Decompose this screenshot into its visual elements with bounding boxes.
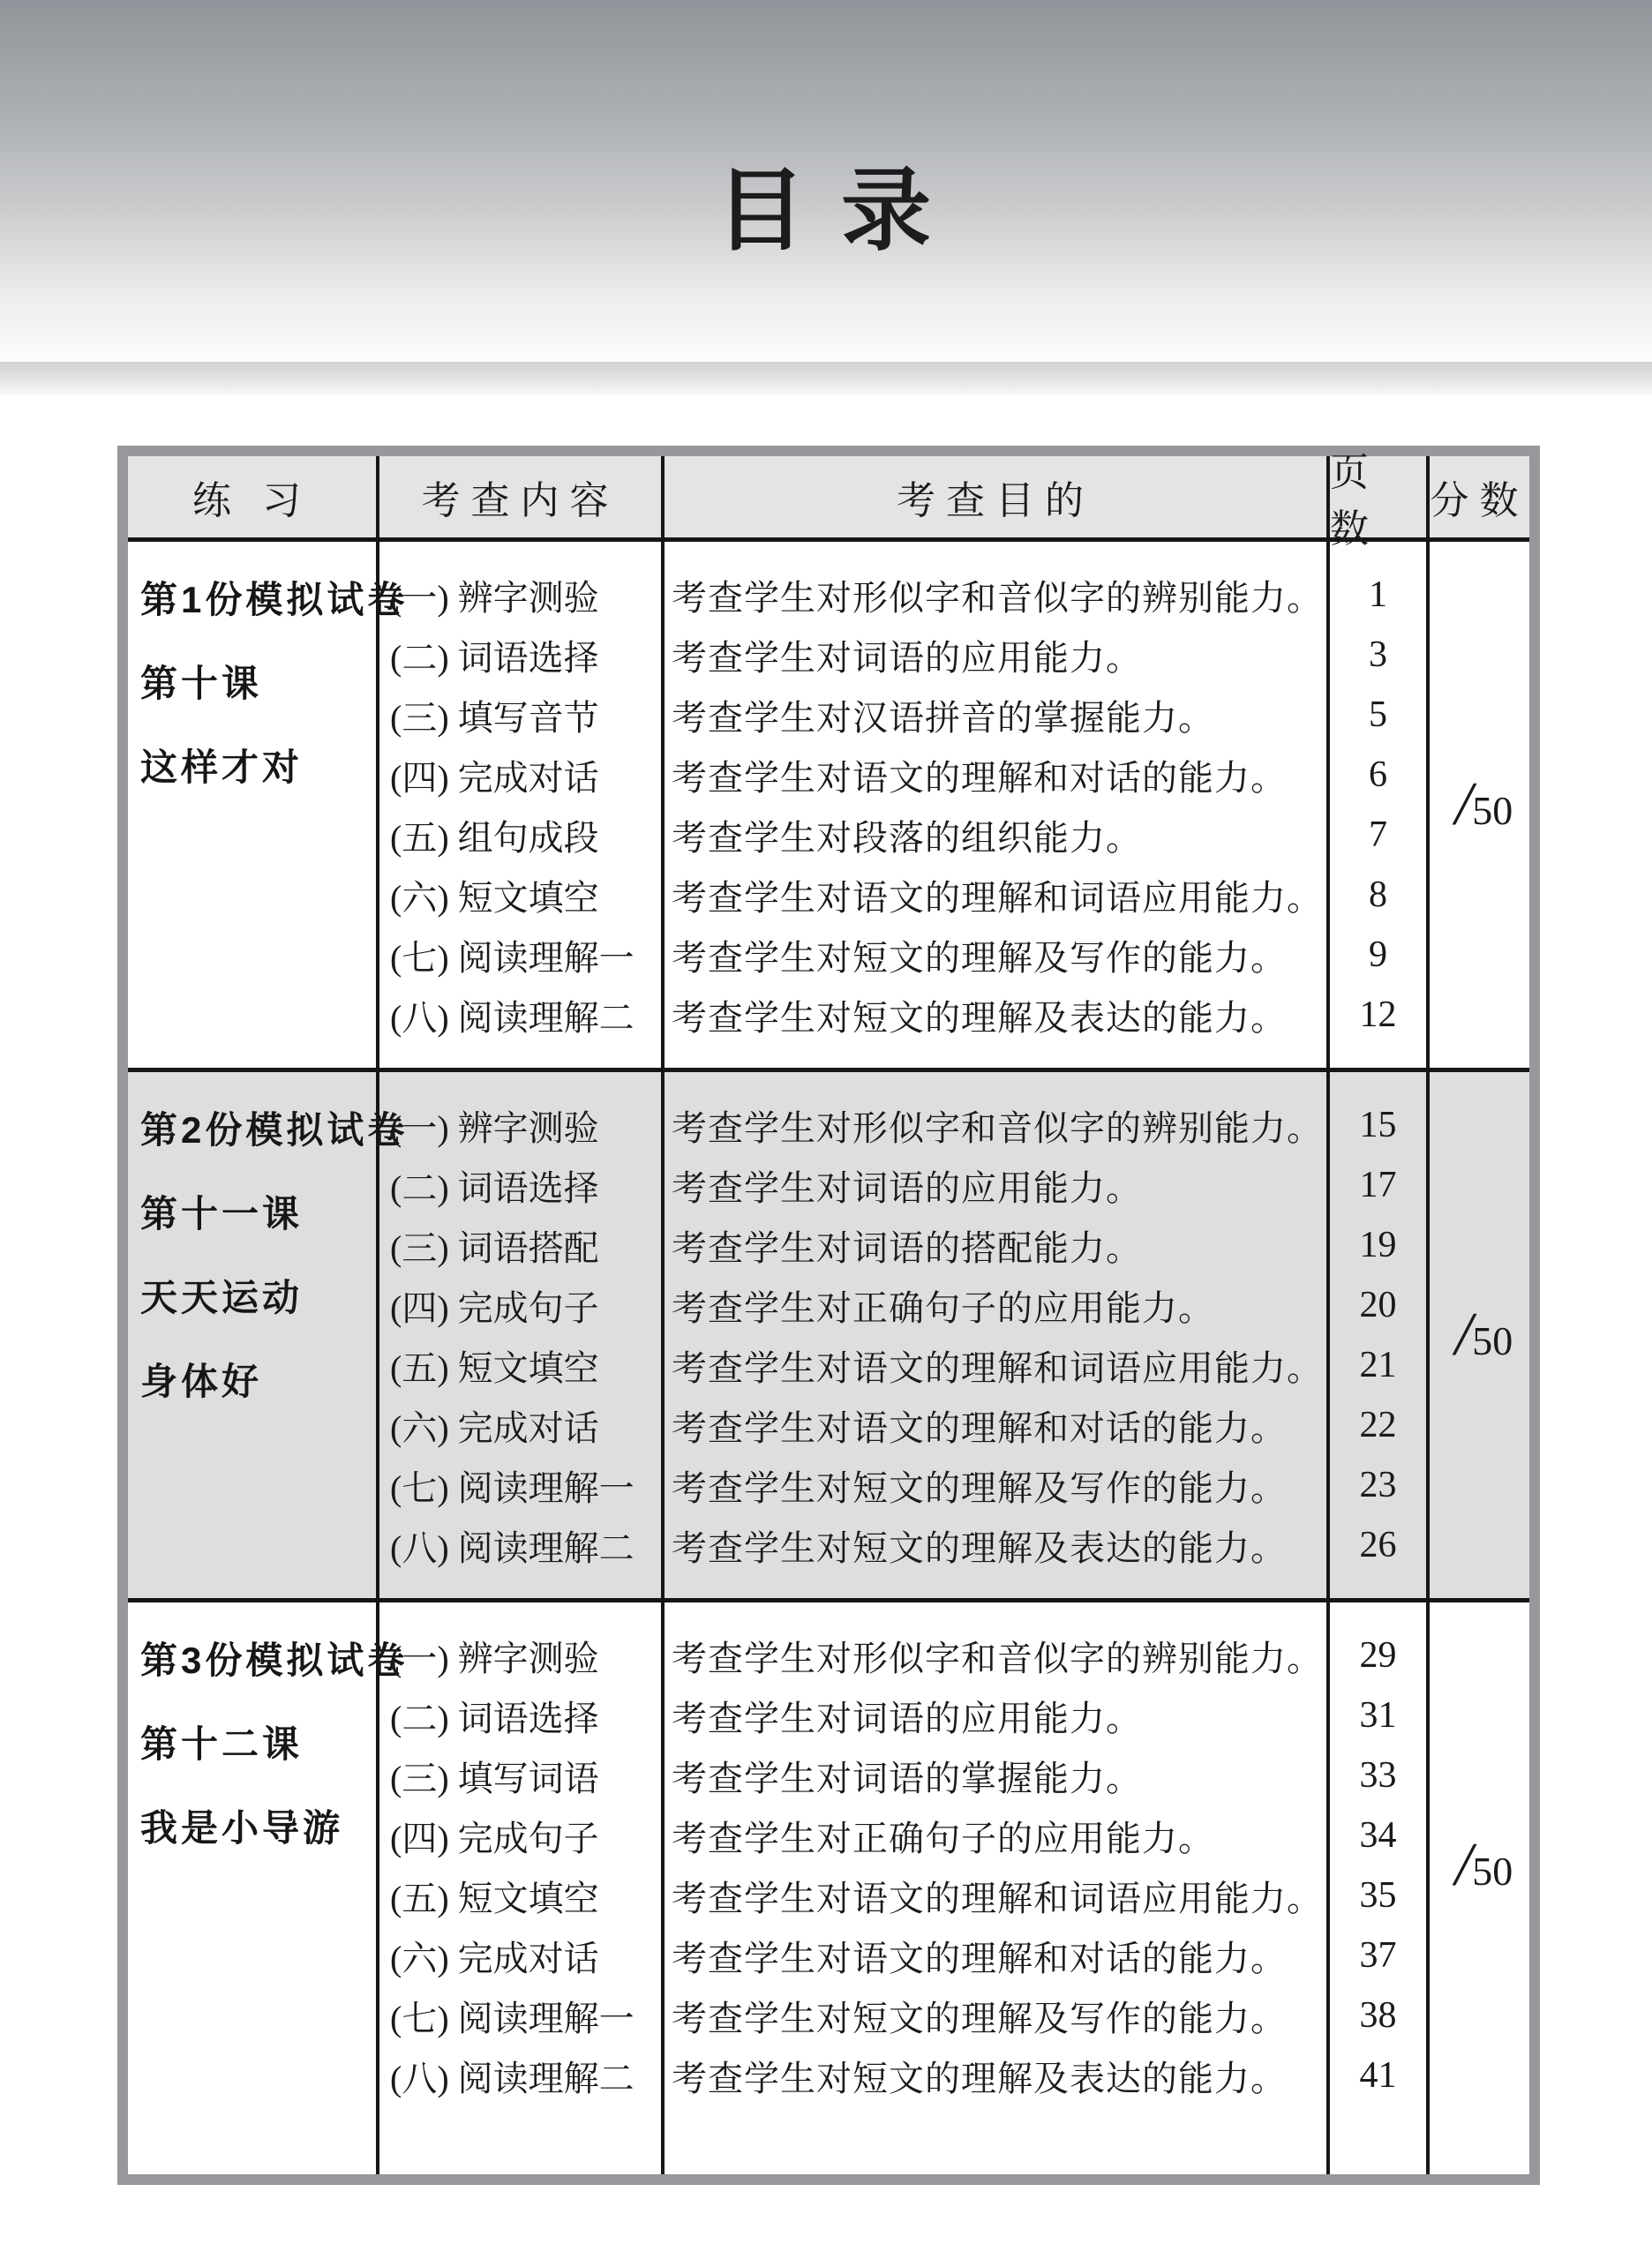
page-number: 1 — [1330, 565, 1426, 625]
purpose-item: 考查学生对正确句子的应用能力。 — [665, 1805, 1326, 1865]
content-item: (三) 词语搭配 — [379, 1215, 661, 1275]
purpose-item: 考查学生对语文的理解和对话的能力。 — [665, 745, 1326, 805]
purpose-item: 考查学生对语文的理解和对话的能力。 — [665, 1925, 1326, 1985]
purpose-cell: 考查学生对形似字和音似字的辨别能力。 考查学生对词语的应用能力。 考查学生对汉语… — [665, 542, 1330, 1068]
exercise-title-line: 第十课 — [140, 642, 371, 725]
page-number: 7 — [1330, 805, 1426, 865]
score-slash: / — [1455, 1831, 1472, 1899]
content-item: (五) 短文填空 — [379, 1865, 661, 1925]
toc-section-1: 第1份模拟试卷 第十课 这样才对 (一) 辨字测验 (二) 词语选择 (三) 填… — [128, 542, 1529, 1072]
content-cell: (一) 辨字测验 (二) 词语选择 (三) 填写音节 (四) 完成对话 (五) … — [379, 542, 665, 1068]
page-number: 22 — [1330, 1395, 1426, 1455]
purpose-item: 考查学生对语文的理解和词语应用能力。 — [665, 1335, 1326, 1395]
page-number: 9 — [1330, 925, 1426, 985]
content-item: (五) 短文填空 — [379, 1335, 661, 1395]
purpose-item: 考查学生对形似字和音似字的辨别能力。 — [665, 1625, 1326, 1685]
content-item: (七) 阅读理解一 — [379, 925, 661, 985]
purpose-item: 考查学生对汉语拼音的掌握能力。 — [665, 685, 1326, 745]
score-number: 50 — [1472, 788, 1513, 833]
purpose-item: 考查学生对正确句子的应用能力。 — [665, 1275, 1326, 1335]
exercise-title-line: 我是小导游 — [140, 1786, 371, 1870]
purpose-item: 考查学生对短文的理解及表达的能力。 — [665, 985, 1326, 1045]
pages-cell: 29 31 33 34 35 37 38 41 — [1330, 1602, 1430, 2174]
content-cell: (一) 辨字测验 (二) 词语选择 (三) 填写词语 (四) 完成句子 (五) … — [379, 1602, 665, 2174]
purpose-item: 考查学生对词语的掌握能力。 — [665, 1745, 1326, 1805]
page-number: 6 — [1330, 745, 1426, 805]
content-item: (四) 完成句子 — [379, 1805, 661, 1865]
content-item: (四) 完成对话 — [379, 745, 661, 805]
page-number: 37 — [1330, 1925, 1426, 1985]
page-number: 3 — [1330, 625, 1426, 685]
content-item: (四) 完成句子 — [379, 1275, 661, 1335]
purpose-item: 考查学生对词语的应用能力。 — [665, 625, 1326, 685]
content-item: (一) 辨字测验 — [379, 1095, 661, 1155]
purpose-item: 考查学生对词语的搭配能力。 — [665, 1215, 1326, 1275]
page-number: 35 — [1330, 1865, 1426, 1925]
toc-section-3: 第3份模拟试卷 第十二课 我是小导游 (一) 辨字测验 (二) 词语选择 (三)… — [128, 1602, 1529, 2174]
purpose-cell: 考查学生对形似字和音似字的辨别能力。 考查学生对词语的应用能力。 考查学生对词语… — [665, 1602, 1330, 2174]
exercise-cell: 第3份模拟试卷 第十二课 我是小导游 — [128, 1602, 379, 2174]
content-item: (八) 阅读理解二 — [379, 2045, 661, 2105]
content-item: (八) 阅读理解二 — [379, 985, 661, 1045]
score-value: /50 — [1446, 1300, 1513, 1370]
header-pages: 页数 — [1330, 456, 1430, 537]
score-value: /50 — [1446, 1830, 1513, 1901]
content-item: (三) 填写词语 — [379, 1745, 661, 1805]
content-item: (六) 完成对话 — [379, 1395, 661, 1455]
content-item: (六) 完成对话 — [379, 1925, 661, 1985]
content-item: (五) 组句成段 — [379, 805, 661, 865]
page-number: 19 — [1330, 1215, 1426, 1275]
purpose-item: 考查学生对短文的理解及写作的能力。 — [665, 1985, 1326, 2045]
exercise-title-line: 第十一课 — [140, 1172, 371, 1256]
score-cell: /50 — [1430, 1072, 1529, 1598]
page-number: 8 — [1330, 865, 1426, 925]
table-header-row: 练 习 考查内容 考查目的 页数 分数 — [128, 456, 1529, 542]
exercise-title-line: 这样才对 — [140, 725, 371, 809]
header-gradient-edge — [0, 362, 1652, 395]
purpose-item: 考查学生对形似字和音似字的辨别能力。 — [665, 565, 1326, 625]
purpose-item: 考查学生对词语的应用能力。 — [665, 1685, 1326, 1745]
exercise-cell: 第1份模拟试卷 第十课 这样才对 — [128, 542, 379, 1068]
purpose-item: 考查学生对形似字和音似字的辨别能力。 — [665, 1095, 1326, 1155]
exercise-cell: 第2份模拟试卷 第十一课 天天运动 身体好 — [128, 1072, 379, 1598]
content-item: (二) 词语选择 — [379, 1155, 661, 1215]
purpose-cell: 考查学生对形似字和音似字的辨别能力。 考查学生对词语的应用能力。 考查学生对词语… — [665, 1072, 1330, 1598]
page-number: 5 — [1330, 685, 1426, 745]
score-value: /50 — [1446, 769, 1513, 840]
purpose-item: 考查学生对短文的理解及表达的能力。 — [665, 1515, 1326, 1575]
purpose-item: 考查学生对短文的理解及写作的能力。 — [665, 1455, 1326, 1515]
page-number: 38 — [1330, 1985, 1426, 2045]
page-number: 33 — [1330, 1745, 1426, 1805]
purpose-item: 考查学生对词语的应用能力。 — [665, 1155, 1326, 1215]
content-item: (六) 短文填空 — [379, 865, 661, 925]
purpose-item: 考查学生对语文的理解和对话的能力。 — [665, 1395, 1326, 1455]
pages-cell: 15 17 19 20 21 22 23 26 — [1330, 1072, 1430, 1598]
content-cell: (一) 辨字测验 (二) 词语选择 (三) 词语搭配 (四) 完成句子 (五) … — [379, 1072, 665, 1598]
content-item: (三) 填写音节 — [379, 685, 661, 745]
toc-section-2: 第2份模拟试卷 第十一课 天天运动 身体好 (一) 辨字测验 (二) 词语选择 … — [128, 1072, 1529, 1602]
content-item: (七) 阅读理解一 — [379, 1455, 661, 1515]
exercise-title-line: 天天运动 — [140, 1256, 371, 1340]
header-exercise: 练 习 — [128, 456, 379, 537]
exercise-title-line: 身体好 — [140, 1340, 371, 1423]
page-number: 21 — [1330, 1335, 1426, 1395]
exercise-title-line: 第十二课 — [140, 1702, 371, 1786]
purpose-item: 考查学生对短文的理解及表达的能力。 — [665, 2045, 1326, 2105]
header-score: 分数 — [1430, 456, 1529, 537]
page-number: 23 — [1330, 1455, 1426, 1515]
page-number: 29 — [1330, 1625, 1426, 1685]
page-number: 41 — [1330, 2045, 1426, 2105]
content-item: (一) 辨字测验 — [379, 1625, 661, 1685]
page-number: 26 — [1330, 1515, 1426, 1575]
score-number: 50 — [1472, 1849, 1513, 1894]
page-number: 15 — [1330, 1095, 1426, 1155]
purpose-item: 考查学生对段落的组织能力。 — [665, 805, 1326, 865]
content-item: (一) 辨字测验 — [379, 565, 661, 625]
score-number: 50 — [1472, 1318, 1513, 1363]
score-cell: /50 — [1430, 1602, 1529, 2174]
purpose-item: 考查学生对短文的理解及写作的能力。 — [665, 925, 1326, 985]
exercise-title-line: 第2份模拟试卷 — [140, 1088, 371, 1172]
header-purpose: 考查目的 — [665, 456, 1330, 537]
exercise-title-line: 第1份模拟试卷 — [140, 558, 371, 642]
score-slash: / — [1455, 770, 1472, 838]
page-number: 12 — [1330, 985, 1426, 1045]
page-number: 34 — [1330, 1805, 1426, 1865]
page-number: 20 — [1330, 1275, 1426, 1335]
score-slash: / — [1455, 1301, 1472, 1369]
content-item: (七) 阅读理解一 — [379, 1985, 661, 2045]
page-title: 目 录 — [716, 139, 936, 268]
score-cell: /50 — [1430, 542, 1529, 1068]
content-item: (二) 词语选择 — [379, 625, 661, 685]
purpose-item: 考查学生对语文的理解和词语应用能力。 — [665, 865, 1326, 925]
header-content: 考查内容 — [379, 456, 665, 537]
page-number: 31 — [1330, 1685, 1426, 1745]
purpose-item: 考查学生对语文的理解和词语应用能力。 — [665, 1865, 1326, 1925]
exercise-title-line: 第3份模拟试卷 — [140, 1618, 371, 1702]
page-number: 17 — [1330, 1155, 1426, 1215]
content-item: (二) 词语选择 — [379, 1685, 661, 1745]
content-item: (八) 阅读理解二 — [379, 1515, 661, 1575]
toc-table: 练 习 考查内容 考查目的 页数 分数 第1份模拟试卷 第十课 这样才对 (一)… — [117, 446, 1540, 2185]
pages-cell: 1 3 5 6 7 8 9 12 — [1330, 542, 1430, 1068]
